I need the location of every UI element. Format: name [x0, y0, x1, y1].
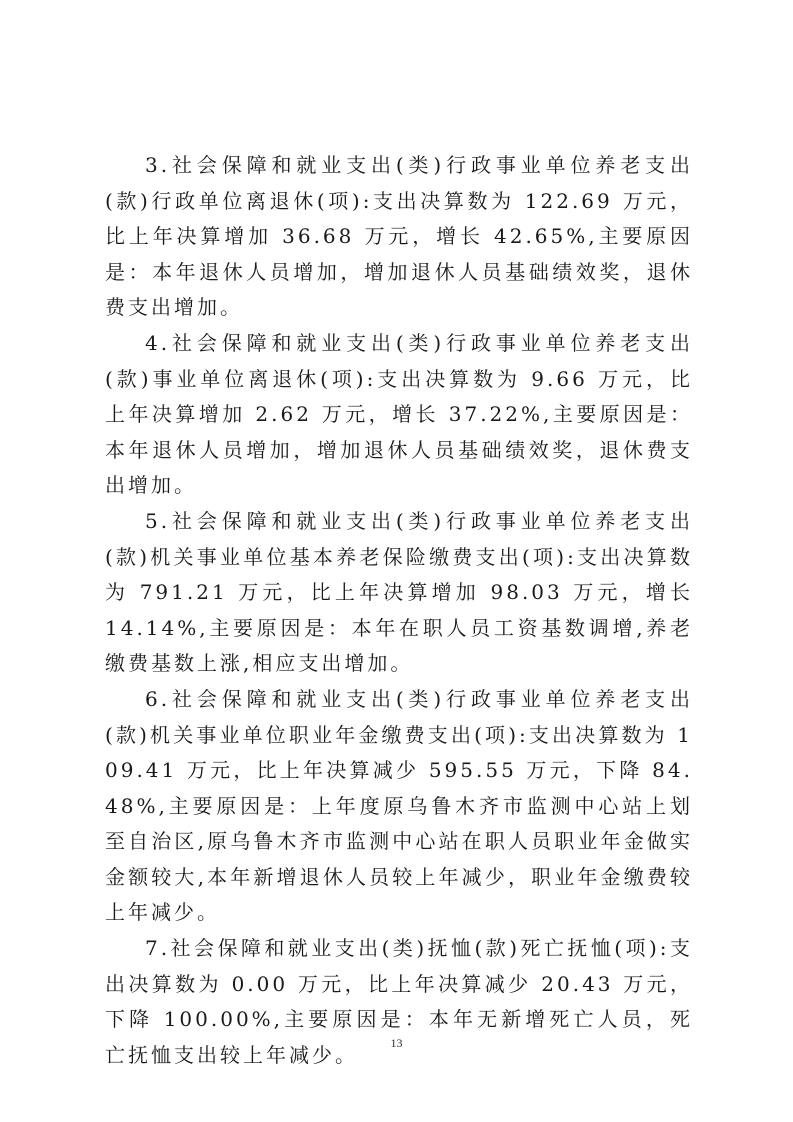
page-number: 13 [0, 1036, 793, 1051]
paragraph-item-6: 6.社会保障和就业支出(类)行政事业单位养老支出(款)机关事业单位职业年金缴费支… [105, 682, 693, 931]
document-body: 3.社会保障和就业支出(类)行政事业单位养老支出(款)行政单位离退休(项):支出… [105, 148, 693, 1073]
paragraph-item-7: 7.社会保障和就业支出(类)抚恤(款)死亡抚恤(项):支出决算数为 0.00 万… [105, 931, 693, 1073]
paragraph-item-3: 3.社会保障和就业支出(类)行政事业单位养老支出(款)行政单位离退休(项):支出… [105, 148, 693, 326]
paragraph-item-4: 4.社会保障和就业支出(类)行政事业单位养老支出(款)事业单位离退休(项):支出… [105, 326, 693, 504]
paragraph-item-5: 5.社会保障和就业支出(类)行政事业单位养老支出(款)机关事业单位基本养老保险缴… [105, 504, 693, 682]
